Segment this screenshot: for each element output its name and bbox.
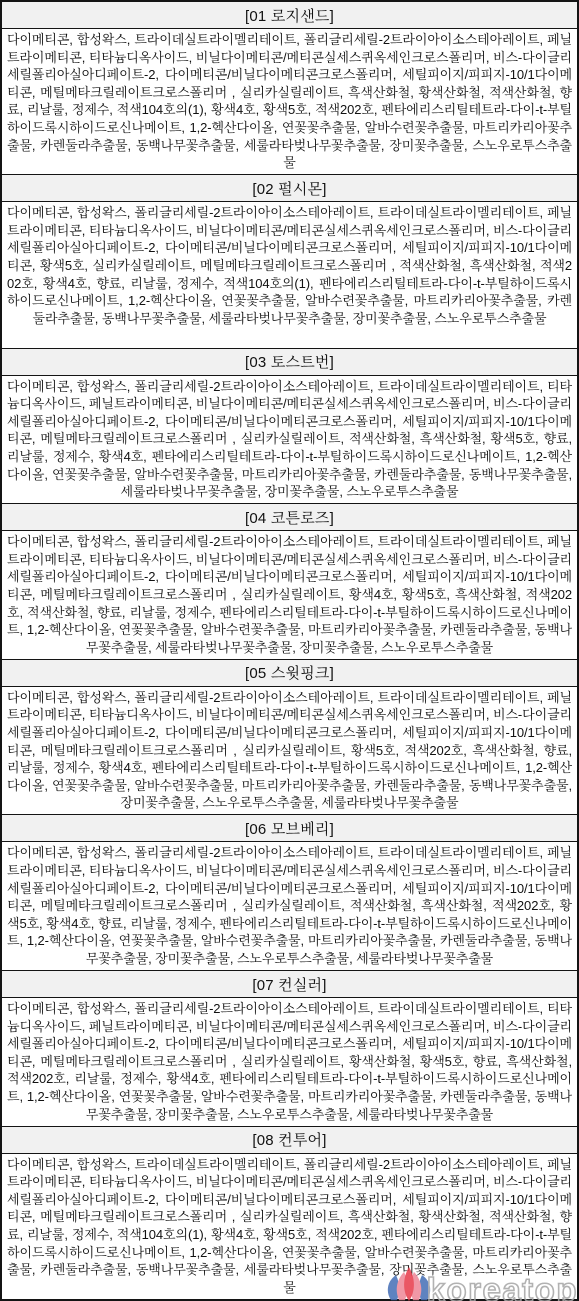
section-05-header: [05 스윗핑크] bbox=[2, 660, 577, 687]
ingredient-table: [01 로지샌드] 다이메티콘, 합성왁스, 트라이데실트라이멜리테이트, 폴리… bbox=[0, 0, 579, 1301]
section-03-header: [03 토스트번] bbox=[2, 349, 577, 376]
section-01-ingredients: 다이메티콘, 합성왁스, 트라이데실트라이멜리테이트, 폴리글리세릴-2트라이아… bbox=[2, 29, 577, 175]
section-03-ingredients: 다이메티콘, 합성왁스, 폴리글리세릴-2트라이아이소스테아레이트, 트라이데실… bbox=[2, 376, 577, 505]
section-08-header: [08 컨투어] bbox=[2, 1127, 577, 1154]
section-07-ingredients: 다이메티콘, 합성왁스, 폴리글리세릴-2트라이아이소스테아레이트, 트라이데실… bbox=[2, 998, 577, 1127]
section-04-header: [04 코튼로즈] bbox=[2, 504, 577, 531]
section-04-ingredients: 다이메티콘, 합성왁스, 폴리글리세릴-2트라이아이소스테아레이트, 트라이데실… bbox=[2, 531, 577, 660]
section-08-ingredients: 다이메티콘, 합성왁스, 트라이데실트라이멜리테이트, 폴리글리세릴-2트라이아… bbox=[2, 1154, 577, 1299]
section-03-title: [03 토스트번] bbox=[245, 351, 334, 372]
section-08-title: [08 컨투어] bbox=[252, 1129, 326, 1150]
section-05-ingredients: 다이메티콘, 합성왁스, 폴리글리세릴-2트라이아이소스테아레이트, 트라이데실… bbox=[2, 687, 577, 816]
section-06-ingredients: 다이메티콘, 합성왁스, 폴리글리세릴-2트라이아이소스테아레이트, 트라이데실… bbox=[2, 842, 577, 971]
section-02-header: [02 펄시몬] bbox=[2, 175, 577, 202]
section-06-title: [06 모브베리] bbox=[245, 818, 334, 839]
section-01-title: [01 로지샌드] bbox=[245, 5, 334, 26]
section-06-header: [06 모브베리] bbox=[2, 815, 577, 842]
section-02-ingredients: 다이메티콘, 합성왁스, 폴리글리세릴-2트라이아이소스테아레이트, 트라이데실… bbox=[2, 202, 577, 348]
section-01-header: [01 로지샌드] bbox=[2, 2, 577, 29]
section-07-title: [07 컨실러] bbox=[252, 974, 326, 995]
section-02-title: [02 펄시몬] bbox=[252, 178, 326, 199]
section-05-title: [05 스윗핑크] bbox=[245, 662, 334, 683]
section-07-header: [07 컨실러] bbox=[2, 971, 577, 998]
section-04-title: [04 코튼로즈] bbox=[245, 507, 334, 528]
